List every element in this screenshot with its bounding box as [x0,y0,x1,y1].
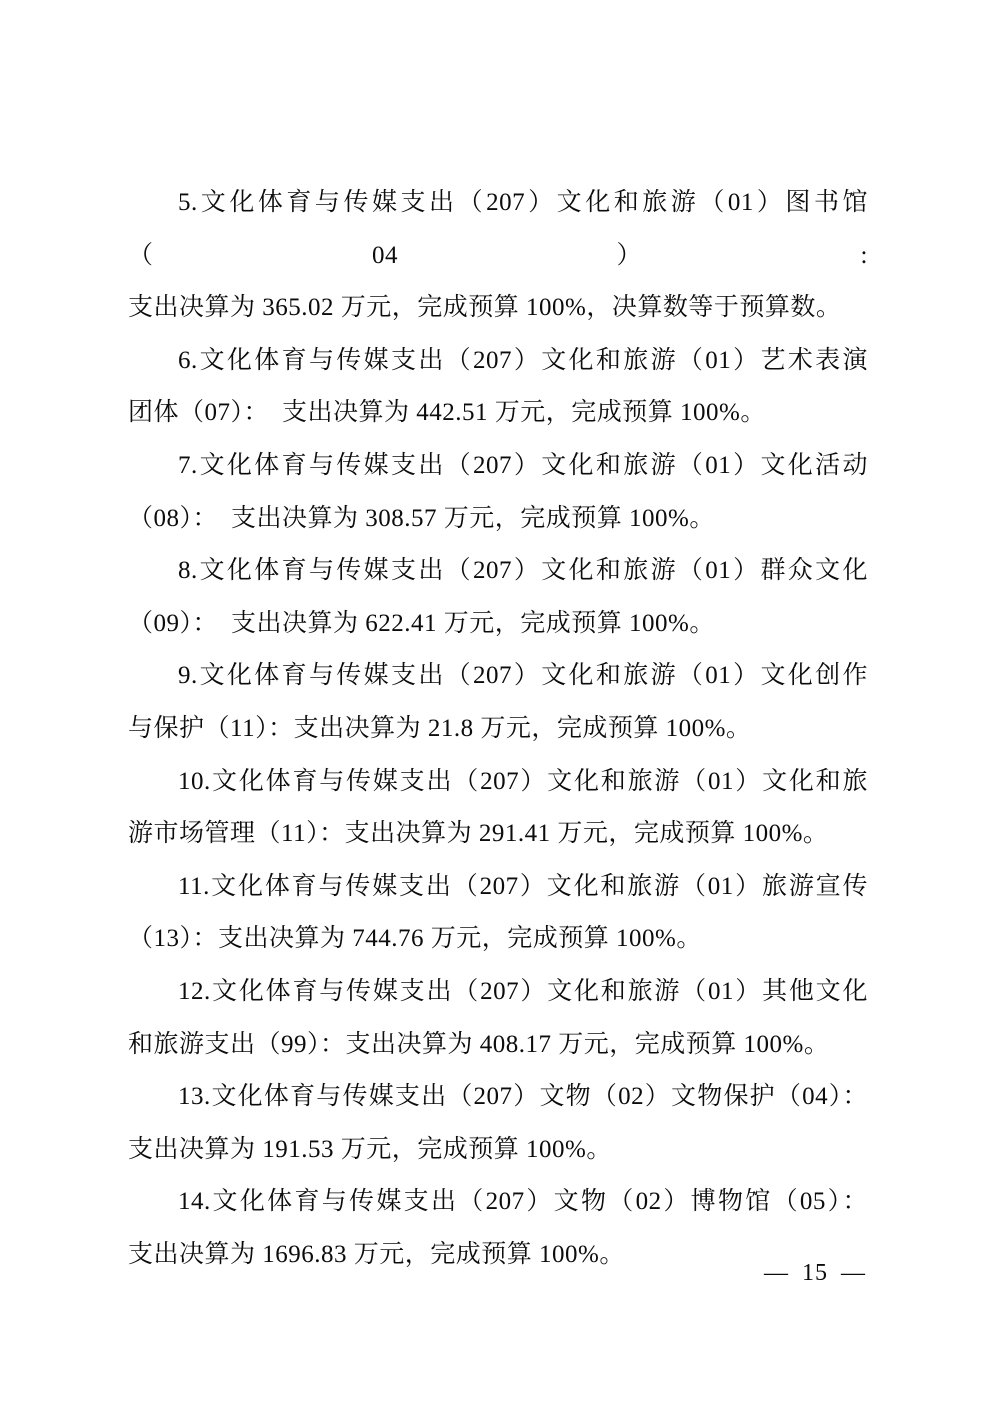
paragraph: 12.文化体育与传媒支出（207）文化和旅游（01）其他文化 和旅游支出（99）… [128,966,868,1071]
paragraph-line: 5.文化体育与传媒支出（207）文化和旅游（01）图书馆（04）: [128,177,868,282]
paragraph-line: 支出决算为 191.53 万元，完成预算 100%。 [128,1124,868,1177]
paragraph: 14.文化体育与传媒支出（207）文物（02）博物馆（05）： 支出决算为 16… [128,1176,868,1281]
footer-dash-right: — [841,1260,866,1287]
paragraph-line: 和旅游支出（99）：支出决算为 408.17 万元，完成预算 100%。 [128,1019,868,1072]
paragraph: 5.文化体育与传媒支出（207）文化和旅游（01）图书馆（04）: 支出决算为 … [128,177,868,335]
document-page: 5.文化体育与传媒支出（207）文化和旅游（01）图书馆（04）: 支出决算为 … [0,0,992,1403]
paragraph-line: 团体（07）： 支出决算为 442.51 万元，完成预算 100%。 [128,387,868,440]
page-number: 15 [802,1260,828,1287]
paragraph-line: （09）： 支出决算为 622.41 万元，完成预算 100%。 [128,598,868,651]
paragraph-line: 7.文化体育与传媒支出（207）文化和旅游（01）文化活动 [128,440,868,493]
paragraph-line: 支出决算为 1696.83 万元，完成预算 100%。 [128,1229,868,1282]
paragraph-line: 支出决算为 365.02 万元，完成预算 100%，决算数等于预算数。 [128,282,868,335]
paragraph-line: 11.文化体育与传媒支出（207）文化和旅游（01）旅游宣传 [128,861,868,914]
paragraph-line: 与保护（11）：支出决算为 21.8 万元，完成预算 100%。 [128,703,868,756]
paragraph-line: 14.文化体育与传媒支出（207）文物（02）博物馆（05）： [128,1176,868,1229]
paragraph: 9.文化体育与传媒支出（207）文化和旅游（01）文化创作 与保护（11）：支出… [128,650,868,755]
paragraph: 8.文化体育与传媒支出（207）文化和旅游（01）群众文化 （09）： 支出决算… [128,545,868,650]
paragraph-line: 12.文化体育与传媒支出（207）文化和旅游（01）其他文化 [128,966,868,1019]
paragraph: 7.文化体育与传媒支出（207）文化和旅游（01）文化活动 （08）： 支出决算… [128,440,868,545]
paragraph-line: （08）： 支出决算为 308.57 万元，完成预算 100%。 [128,493,868,546]
document-body: 5.文化体育与传媒支出（207）文化和旅游（01）图书馆（04）: 支出决算为 … [128,177,868,1281]
paragraph-line: （13）：支出决算为 744.76 万元，完成预算 100%。 [128,913,868,966]
paragraph: 10.文化体育与传媒支出（207）文化和旅游（01）文化和旅 游市场管理（11）… [128,756,868,861]
paragraph-line: 游市场管理（11）：支出决算为 291.41 万元，完成预算 100%。 [128,808,868,861]
paragraph-line: 9.文化体育与传媒支出（207）文化和旅游（01）文化创作 [128,650,868,703]
paragraph: 11.文化体育与传媒支出（207）文化和旅游（01）旅游宣传 （13）：支出决算… [128,861,868,966]
footer-dash-left: — [764,1260,789,1287]
paragraph-line: 8.文化体育与传媒支出（207）文化和旅游（01）群众文化 [128,545,868,598]
paragraph-line: 13.文化体育与传媒支出（207）文物（02）文物保护（04）： [128,1071,868,1124]
paragraph-line: 10.文化体育与传媒支出（207）文化和旅游（01）文化和旅 [128,756,868,809]
paragraph-line: 6.文化体育与传媒支出（207）文化和旅游（01）艺术表演 [128,335,868,388]
page-footer: — 15 — [764,1260,866,1287]
paragraph: 13.文化体育与传媒支出（207）文物（02）文物保护（04）： 支出决算为 1… [128,1071,868,1176]
paragraph: 6.文化体育与传媒支出（207）文化和旅游（01）艺术表演 团体（07）： 支出… [128,335,868,440]
